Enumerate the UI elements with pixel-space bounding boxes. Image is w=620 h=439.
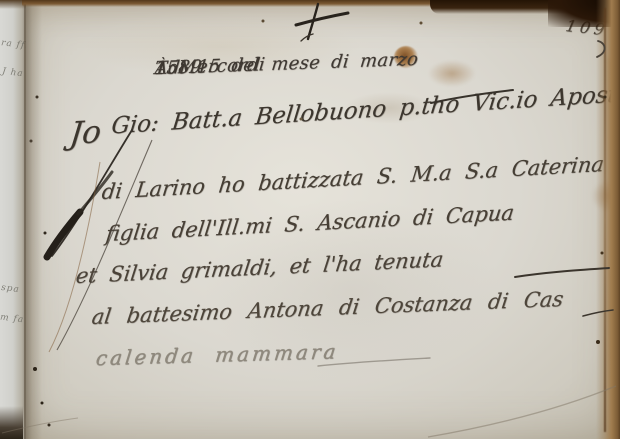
margin-text-fragment: ra ffu xyxy=(1,38,26,52)
margin-text-fragment: m fa xyxy=(0,313,25,326)
margin-text-fragment: J ha xyxy=(1,67,24,80)
manuscript-photo: 109 Àdi 15 del mese di marzo 1589 T Merc… xyxy=(0,0,620,439)
top-burn-edge xyxy=(22,0,474,7)
right-edge-crease xyxy=(604,8,606,432)
right-burn-edge xyxy=(596,0,620,439)
margin-text-fragment: spa xyxy=(0,283,20,295)
body-line-1: JoGio: Batt.a Bellobuono p.tho Vic.io Ap… xyxy=(68,113,113,152)
ink-specks xyxy=(0,0,2,2)
date-suffix: T Mercordi xyxy=(154,54,266,79)
ink-stain-smudge xyxy=(428,60,476,87)
book-gutter-shadow xyxy=(24,0,42,439)
body-line-1-initial: Jo xyxy=(68,114,103,152)
adjacent-page-edge: ra ffu J ha spa m fa xyxy=(0,0,26,439)
bottom-left-burn xyxy=(0,406,23,439)
